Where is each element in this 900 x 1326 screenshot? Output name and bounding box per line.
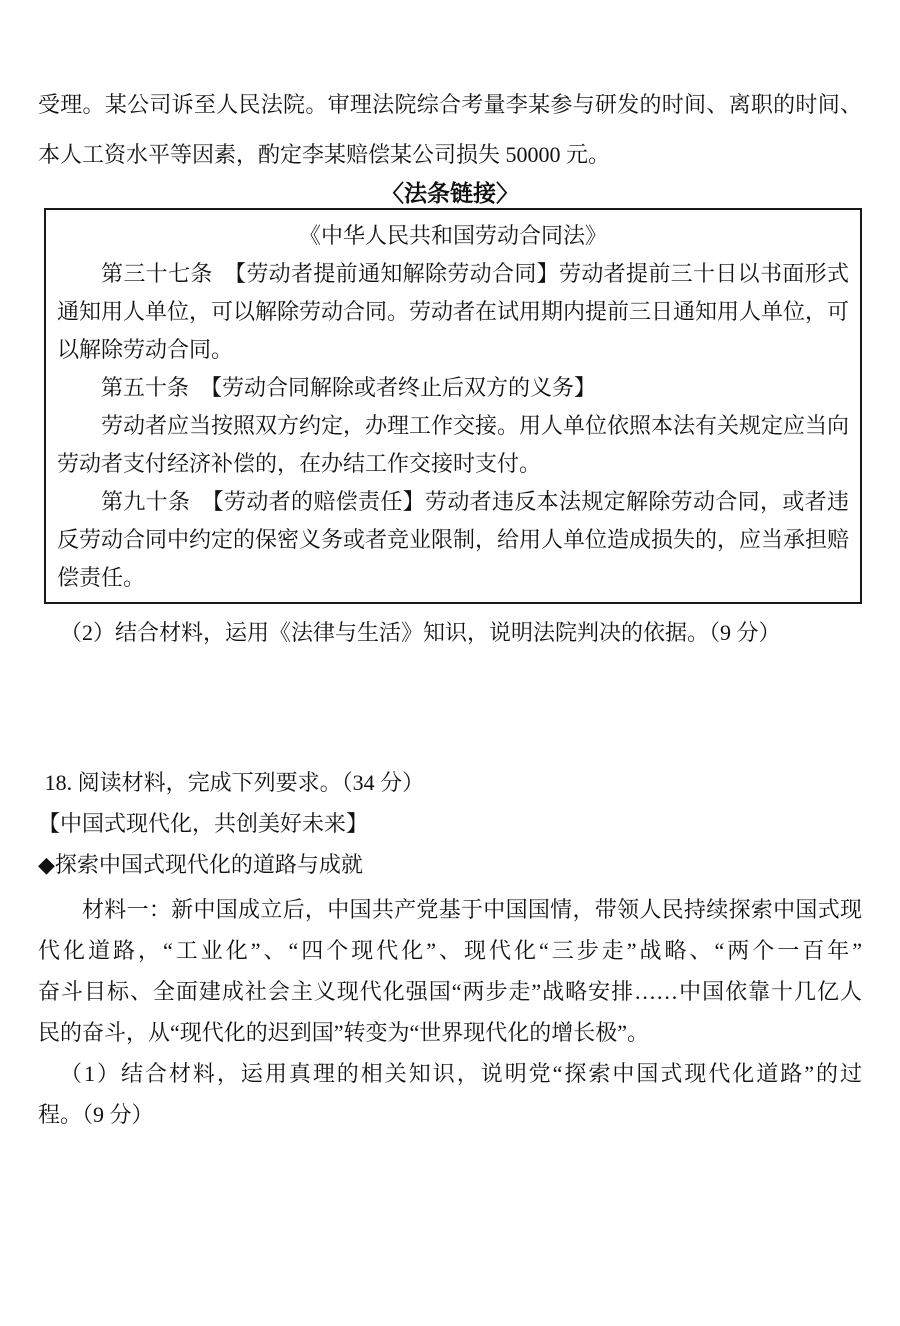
law-box: 《中华人民共和国劳动合同法》 第三十七条 【劳动者提前通知解除劳动合同】劳动者提… [44,208,862,604]
law-article-line: 第九十条 【劳动者的赔偿责任】劳动者违反本法规定解除劳动合同，或者违 [57,483,849,521]
diamond-icon: ◆ [38,852,55,877]
material-text-line: 民的奋斗，从“现代化的迟到国”转变为“世界现代化的增长极”。 [38,1012,862,1053]
case-paragraph: 受理。某公司诉至人民法院。审理法院综合考量李某参与研发的时间、离职的时间、 本人… [38,80,862,180]
material-text-line: 材料一：新中国成立后，中国共产党基于中国国情，带领人民持续探索中国式现 [38,889,862,930]
law-article-line: 以解除劳动合同。 [57,331,849,369]
law-link-heading: 〈法条链接〉 [38,180,862,208]
topic-line: ◆探索中国式现代化的道路与成就 [38,844,862,885]
law-name-title: 《中华人民共和国劳动合同法》 [57,217,849,255]
law-article-line: 第五十条 【劳动合同解除或者终止后双方的义务】 [57,369,849,407]
law-article-line: 偿责任。 [57,559,849,597]
material-text-line: 奋斗目标、全面建成社会主义现代化强国“两步走”战略安排……中国依靠十几亿人 [38,971,862,1012]
case-text-line: 本人工资水平等因素，酌定李某赔偿某公司损失 50000 元。 [38,130,862,180]
exam-page: 受理。某公司诉至人民法院。审理法院综合考量李某参与研发的时间、离职的时间、 本人… [0,0,900,1326]
question-2: （2）结合材料，运用《法律与生活》知识，说明法院判决的依据。（9 分） [38,614,862,652]
material-text-line: 代化道路，“工业化”、“四个现代化”、现代化“三步走”战略、“两个一百年” [38,930,862,971]
law-article-line: 第三十七条 【劳动者提前通知解除劳动合同】劳动者提前三十日以书面形式 [57,255,849,293]
theme-banner: 【中国式现代化，共创美好未来】 [38,803,862,844]
law-article-line: 通知用人单位，可以解除劳动合同。劳动者在试用期内提前三日通知用人单位，可 [57,293,849,331]
question-1-line: 程。（9 分） [38,1094,862,1135]
material-one-paragraph: 材料一：新中国成立后，中国共产党基于中国国情，带领人民持续探索中国式现 代化道路… [38,889,862,1053]
law-article-line: 劳动者应当按照双方约定，办理工作交接。用人单位依照本法有关规定应当向 [57,407,849,445]
question-18-section: 18. 阅读材料，完成下列要求。（34 分） 【中国式现代化，共创美好未来】 ◆… [38,762,862,1135]
law-article-line: 反劳动合同中约定的保密义务或者竞业限制，给用人单位造成损失的，应当承担赔 [57,521,849,559]
question-1-line: （1）结合材料，运用真理的相关知识，说明党“探索中国式现代化道路”的过 [38,1053,862,1094]
law-article-line: 劳动者支付经济补偿的，在办结工作交接时支付。 [57,445,849,483]
question-1-paragraph: （1）结合材料，运用真理的相关知识，说明党“探索中国式现代化道路”的过 程。（9… [38,1053,862,1135]
topic-label: 探索中国式现代化的道路与成就 [55,852,363,877]
question-18-heading: 18. 阅读材料，完成下列要求。（34 分） [38,762,862,803]
case-text-line: 受理。某公司诉至人民法院。审理法院综合考量李某参与研发的时间、离职的时间、 [38,80,862,130]
